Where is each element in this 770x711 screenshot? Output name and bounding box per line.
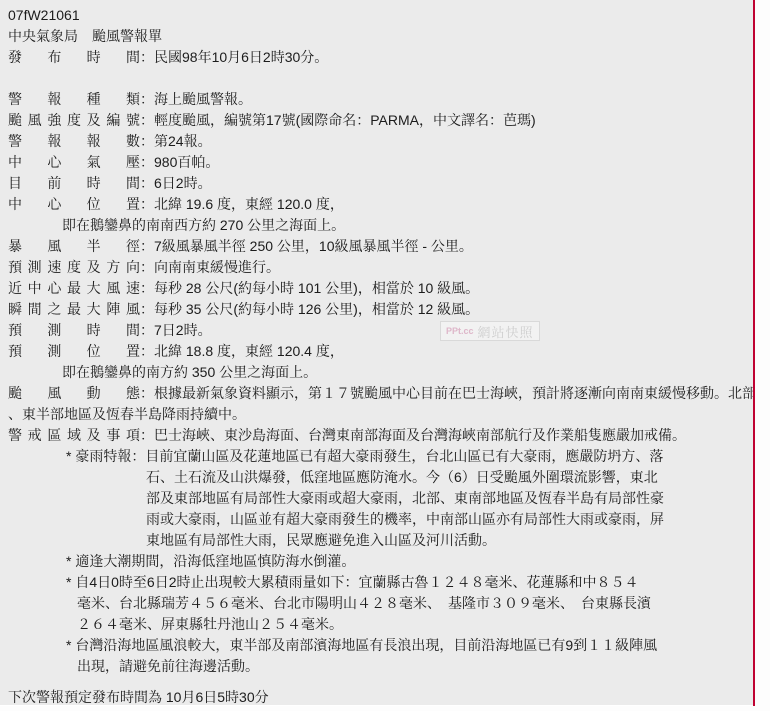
field-value: 7級風暴風半徑 250 公里，10級風暴風半徑 - 公里。 — [154, 238, 473, 254]
warning-text-area: 07fW21061 中央氣象局 颱風警報單 發布時間：民國98年10月6日2時3… — [0, 0, 753, 705]
doc-id: 07fW21061 — [8, 5, 753, 26]
field-colon: ： — [140, 257, 154, 278]
field-value: 海上颱風警報。 — [154, 91, 252, 107]
field-colon: ： — [140, 194, 154, 215]
snapshot-logo-icon: PPt.cc — [446, 326, 474, 336]
field-colon: ： — [140, 131, 154, 152]
field-label: 目前時間 — [8, 173, 140, 194]
field-value: 根據最新氣象資料顯示，第１７號颱風中心目前在巴士海峽，預計將逐漸向南南東緩慢移動… — [154, 385, 753, 401]
line-text: 即在鵝鑾鼻的南南西方約 270 公里之海面上。 — [62, 217, 345, 233]
field-value: 巴士海峽、東沙島海面、台灣東南部海面及台灣海峽南部航行及作業船隻應嚴加戒備。 — [154, 427, 686, 443]
line-text: 下次警報預定發布時間為 10月6日5時30分 — [8, 689, 269, 705]
field-colon: ： — [140, 89, 154, 110]
field-colon: ： — [140, 152, 154, 173]
field-label: 警報報數 — [8, 131, 140, 152]
doc-line: 即在鵝鑾鼻的南南西方約 270 公里之海面上。 — [8, 215, 753, 236]
field-colon: ： — [140, 110, 154, 131]
line-text: 雨或大豪雨，山區並有超大豪雨發生的機率，中南部山區亦有局部性大雨或豪雨，屏 — [146, 511, 664, 527]
field-value: 第24報。 — [154, 133, 212, 149]
field-value: 每秒 28 公尺(約每小時 101 公里)，相當於 10 級風。 — [154, 280, 479, 296]
doc-line: 颱風動態：根據最新氣象資料顯示，第１７號颱風中心目前在巴士海峽，預計將逐漸向南南… — [8, 383, 753, 404]
doc-line: 中心位置：北緯 19.6 度，東經 120.0 度， — [8, 194, 753, 215]
field-label: 中心氣壓 — [8, 152, 140, 173]
field-value: 北緯 18.8 度，東經 120.4 度， — [154, 343, 344, 359]
field-label: 暴風半徑 — [8, 236, 140, 257]
field-value: 980百帕。 — [154, 154, 219, 170]
doc-line: 部及東部地區有局部性大豪雨或超大豪雨，北部、東南部地區及恆春半島有局部性豪 — [8, 488, 753, 509]
doc-line: 中心氣壓：980百帕。 — [8, 152, 753, 173]
field-label: 近中心最大風速 — [8, 278, 140, 299]
doc-line: 、東半部地區及恆春半島降雨持續中。 — [8, 404, 753, 425]
field-colon: ： — [140, 341, 154, 362]
field-value: 向南南東緩慢進行。 — [154, 259, 280, 275]
line-text: 東地區有局部性大雨，民眾應避免進入山區及河川活動。 — [146, 532, 496, 548]
field-colon: ： — [140, 425, 154, 446]
field-colon: ： — [140, 278, 154, 299]
line-text: * 自4日0時至6日2時止出現較大累積雨量如下：宜蘭縣古魯１２４８毫米、花蓮縣和… — [66, 574, 638, 590]
agency-title: 中央氣象局 颱風警報單 — [8, 26, 753, 47]
field-value: 輕度颱風，編號第17號(國際命名：PARMA，中文譯名：芭瑪) — [154, 112, 536, 128]
field-label: 警戒區域及事項 — [8, 425, 140, 446]
line-text: 即在鵝鑾鼻的南方約 350 公里之海面上。 — [62, 364, 317, 380]
typhoon-warning-bulletin-page: 07fW21061 中央氣象局 颱風警報單 發布時間：民國98年10月6日2時3… — [0, 0, 770, 711]
doc-line: ２６４毫米、屏東縣牡丹池山２５４毫米。 — [8, 614, 753, 635]
doc-line: 下次警報預定發布時間為 10月6日5時30分 — [8, 687, 753, 705]
line-text: * 豪雨特報：目前宜蘭山區及花蓮地區已有超大豪雨發生，台北山區已有大豪雨，應嚴防… — [66, 448, 663, 464]
doc-line: 預測時間：7日2時。 — [8, 320, 753, 341]
field-label: 颱風強度及編號 — [8, 110, 140, 131]
field-label: 預測時間 — [8, 320, 140, 341]
doc-line: * 台灣沿海地區風浪較大，東半部及南部濱海地區有長浪出現，目前沿海地區已有9到１… — [8, 635, 753, 656]
field-label: 預測位置 — [8, 341, 140, 362]
line-text: ２６４毫米、屏東縣牡丹池山２５４毫米。 — [77, 616, 343, 632]
doc-line: * 自4日0時至6日2時止出現較大累積雨量如下：宜蘭縣古魯１２４８毫米、花蓮縣和… — [8, 572, 753, 593]
line-text: 、東半部地區及恆春半島降雨持續中。 — [8, 406, 246, 422]
website-snapshot-watermark: PPt.cc 網站快照 — [440, 321, 540, 341]
doc-line: 颱風強度及編號：輕度颱風，編號第17號(國際命名：PARMA，中文譯名：芭瑪) — [8, 110, 753, 131]
doc-line: 警報種類：海上颱風警報。 — [8, 89, 753, 110]
snapshot-label: 網站快照 — [478, 322, 534, 341]
doc-line: * 豪雨特報：目前宜蘭山區及花蓮地區已有超大豪雨發生，台北山區已有大豪雨，應嚴防… — [8, 446, 753, 467]
warning-lines: 發布時間：民國98年10月6日2時30分。警報種類：海上颱風警報。颱風強度及編號… — [8, 47, 753, 705]
doc-line: 近中心最大風速：每秒 28 公尺(約每小時 101 公里)，相當於 10 級風。 — [8, 278, 753, 299]
doc-line: 毫米、台北縣瑞芳４５６毫米、台北市陽明山４２８毫米、 基隆市３０９毫米、 台東縣… — [8, 593, 753, 614]
field-colon: ： — [140, 320, 154, 341]
line-text: * 台灣沿海地區風浪較大，東半部及南部濱海地區有長浪出現，目前沿海地區已有9到１… — [66, 637, 657, 653]
line-text: 石、土石流及山洪爆發，低窪地區應防淹水。今（6）日受颱風外圍環流影響，東北 — [146, 469, 658, 485]
doc-line: 目前時間：6日2時。 — [8, 173, 753, 194]
doc-line: 東地區有局部性大雨，民眾應避免進入山區及河川活動。 — [8, 530, 753, 551]
doc-line: 預測速度及方向：向南南東緩慢進行。 — [8, 257, 753, 278]
doc-line: 警報報數：第24報。 — [8, 131, 753, 152]
field-colon: ： — [140, 236, 154, 257]
field-value: 7日2時。 — [154, 322, 212, 338]
field-label: 颱風動態 — [8, 383, 140, 404]
line-text: 部及東部地區有局部性大豪雨或超大豪雨，北部、東南部地區及恆春半島有局部性豪 — [146, 490, 664, 506]
field-label: 警報種類 — [8, 89, 140, 110]
field-label: 發布時間 — [8, 47, 140, 68]
right-page-margin — [755, 0, 770, 711]
field-label: 瞬間之最大陣風 — [8, 299, 140, 320]
doc-line: 警戒區域及事項：巴士海峽、東沙島海面、台灣東南部海面及台灣海峽南部航行及作業船隻… — [8, 425, 753, 446]
field-colon: ： — [140, 383, 154, 404]
field-value: 北緯 19.6 度，東經 120.0 度， — [154, 196, 344, 212]
field-colon: ： — [140, 173, 154, 194]
doc-line: 雨或大豪雨，山區並有超大豪雨發生的機率，中南部山區亦有局部性大雨或豪雨，屏 — [8, 509, 753, 530]
doc-line: 即在鵝鑾鼻的南方約 350 公里之海面上。 — [8, 362, 753, 383]
bottom-page-margin — [0, 706, 770, 711]
line-text: 出現，請避免前往海邊活動。 — [77, 658, 259, 674]
blank-line — [8, 677, 753, 687]
field-colon: ： — [140, 299, 154, 320]
field-colon: ： — [140, 47, 154, 68]
field-value: 民國98年10月6日2時30分。 — [154, 49, 328, 65]
doc-line: 暴風半徑：7級風暴風半徑 250 公里，10級風暴風半徑 - 公里。 — [8, 236, 753, 257]
doc-line: 出現，請避免前往海邊活動。 — [8, 656, 753, 677]
field-value: 6日2時。 — [154, 175, 212, 191]
field-label: 中心位置 — [8, 194, 140, 215]
field-label: 預測速度及方向 — [8, 257, 140, 278]
doc-line: 預測位置：北緯 18.8 度，東經 120.4 度， — [8, 341, 753, 362]
doc-line: 發布時間：民國98年10月6日2時30分。 — [8, 47, 753, 68]
doc-line: 瞬間之最大陣風：每秒 35 公尺(約每小時 126 公里)，相當於 12 級風。 — [8, 299, 753, 320]
field-value: 每秒 35 公尺(約每小時 126 公里)，相當於 12 級風。 — [154, 301, 479, 317]
doc-line: 石、土石流及山洪爆發，低窪地區應防淹水。今（6）日受颱風外圍環流影響，東北 — [8, 467, 753, 488]
doc-line: * 適逢大潮期間，沿海低窪地區慎防海水倒灌。 — [8, 551, 753, 572]
line-text: * 適逢大潮期間，沿海低窪地區慎防海水倒灌。 — [66, 553, 355, 569]
line-text: 毫米、台北縣瑞芳４５６毫米、台北市陽明山４２８毫米、 基隆市３０９毫米、 台東縣… — [77, 595, 651, 611]
blank-line — [8, 68, 753, 89]
